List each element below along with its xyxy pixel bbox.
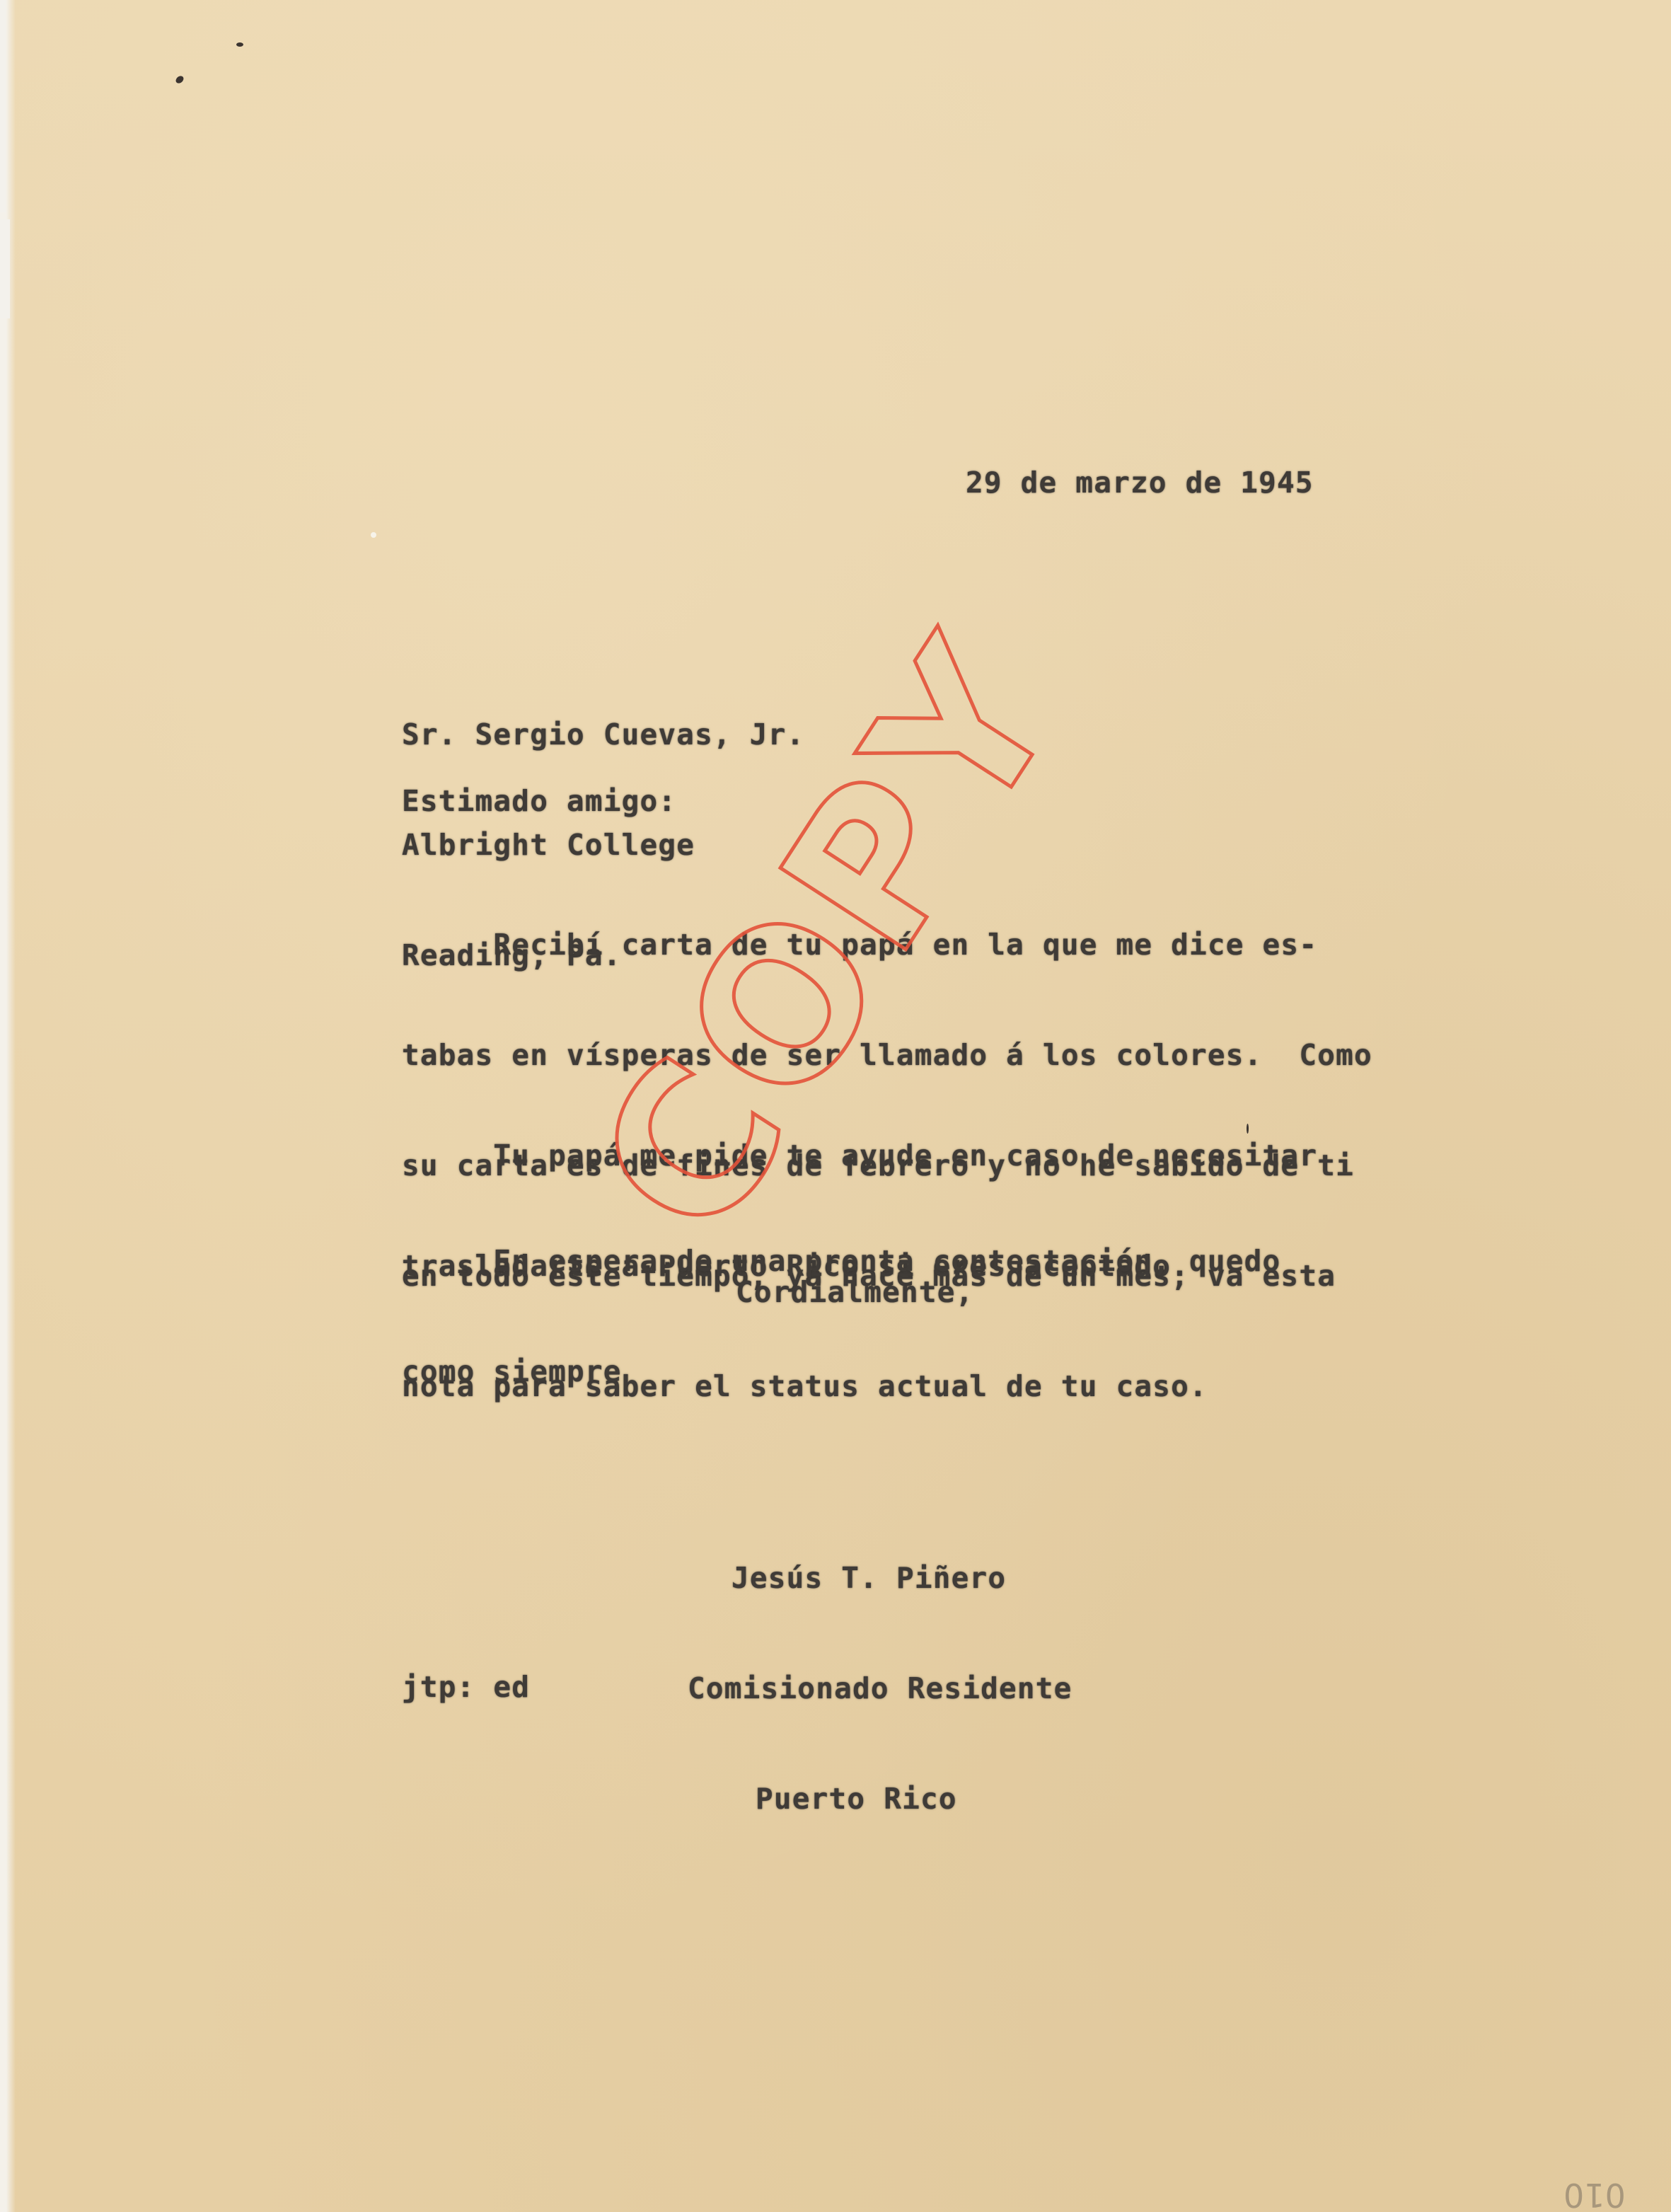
reference-initials: jtp: ed — [402, 1669, 530, 1705]
body-line: como siempre — [402, 1353, 1280, 1390]
torn-left-edge — [0, 0, 16, 2212]
closing: Cordialmente, — [736, 1274, 974, 1311]
folio-number: 010 — [1563, 2176, 1626, 2212]
signature-block: Jesús T. Piñero Comisionado Residente Pu… — [688, 1486, 1072, 1891]
signature-name: Jesús T. Piñero — [688, 1560, 1072, 1596]
recipient-name: Sr. Sergio Cuevas, Jr. — [402, 716, 804, 753]
body-paragraph-3: En espera de una pronta contestación, qu… — [402, 1169, 1280, 1463]
letter-date: 29 de marzo de 1945 — [966, 464, 1314, 501]
salutation: Estimado amigo: — [402, 783, 676, 819]
signature-place: Puerto Rico — [688, 1780, 1072, 1817]
ink-speck — [371, 532, 376, 538]
torn-edge-segment — [0, 219, 10, 318]
torn-edge-segment — [0, 0, 6, 212]
signature-title: Comisionado Residente — [688, 1670, 1072, 1707]
ink-speck — [236, 42, 243, 47]
